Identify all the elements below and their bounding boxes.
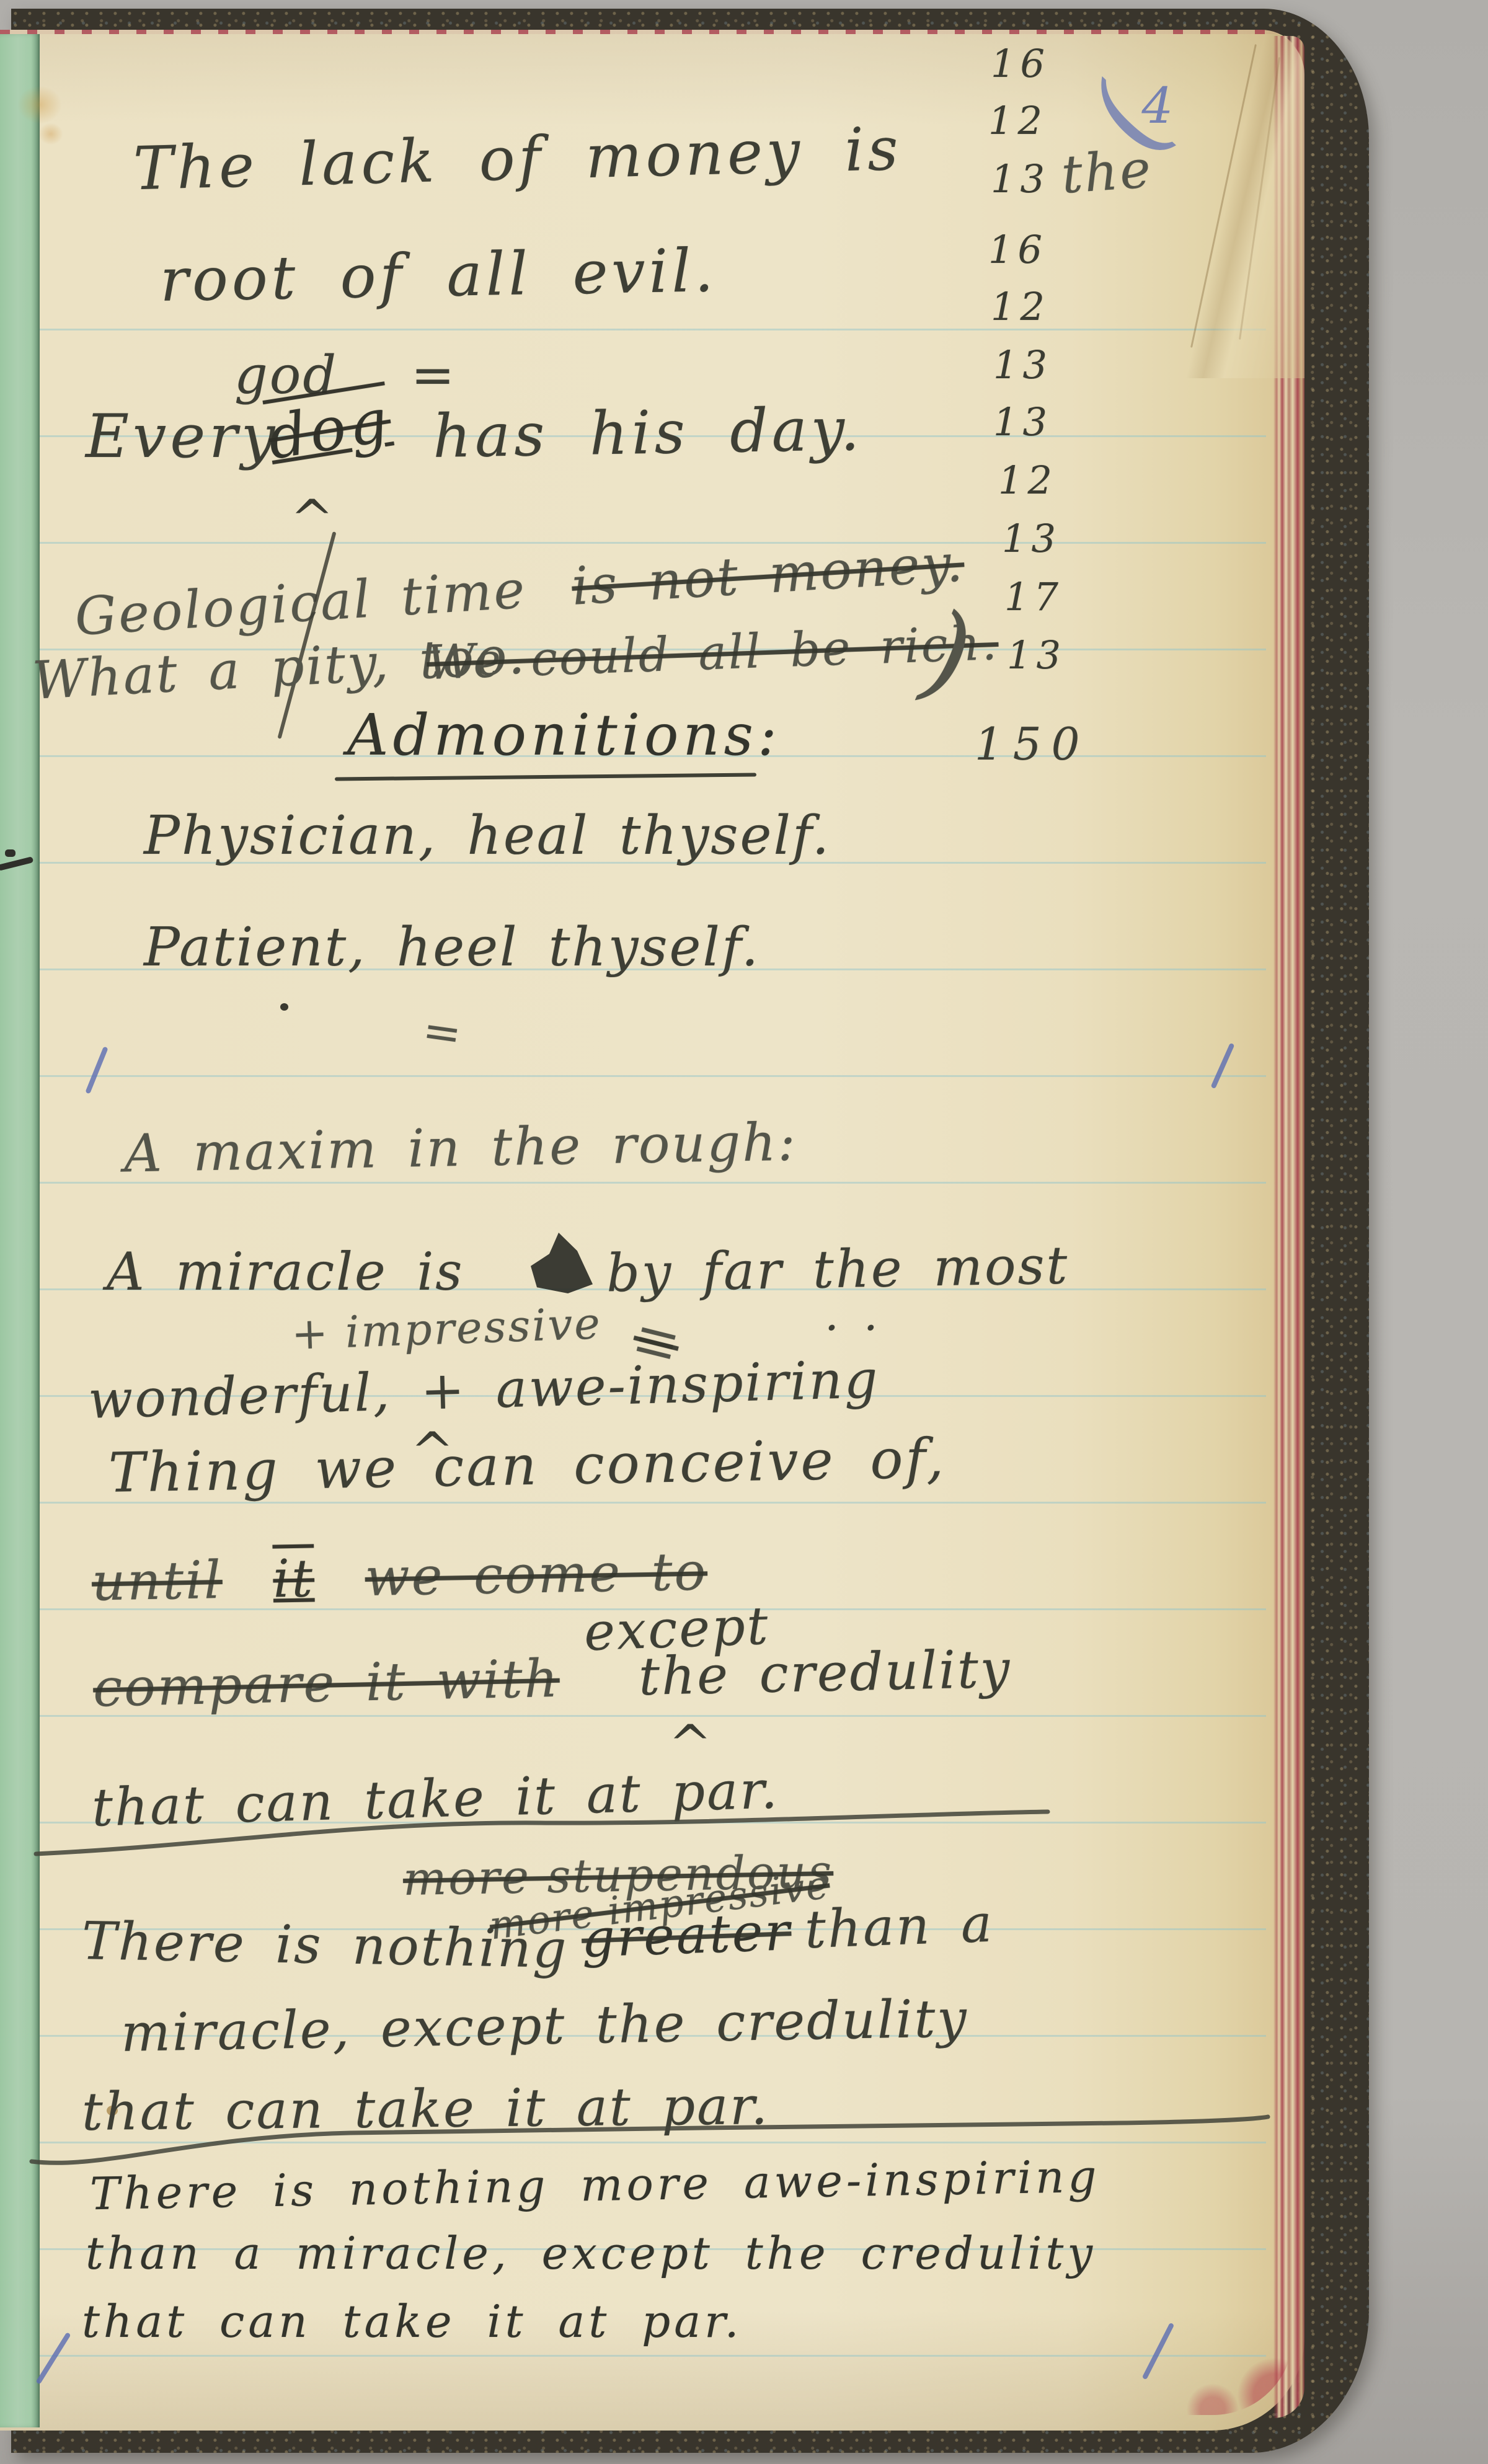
tally-value: 16 <box>988 227 1047 272</box>
handwritten-word: the <box>1060 138 1154 205</box>
tally-total: 150 <box>975 718 1089 770</box>
handwritten-word: than a <box>804 1893 994 1961</box>
handwritten-line: There is nothing <box>81 1910 569 1980</box>
tally-value: 13 <box>991 156 1050 202</box>
inserted-line: + impressive <box>291 1298 603 1359</box>
handwritten-word: Every <box>86 402 278 471</box>
tally-value: 12 <box>988 98 1047 143</box>
section-heading: Admonitions: <box>347 702 781 768</box>
handwritten-line: than a miracle, except the credulity <box>86 2227 1096 2279</box>
tally-value: 16 <box>991 41 1050 86</box>
equals-mark: = <box>419 1003 464 1061</box>
paper-stain <box>17 86 62 124</box>
tally-value: 13 <box>1002 516 1061 561</box>
handwritten-line: A miracle is <box>107 1241 464 1302</box>
tally-value: 12 <box>991 284 1050 329</box>
ink-speck <box>280 1003 288 1011</box>
page-number-digit: 4 <box>1141 77 1173 135</box>
ink-dots: .. <box>825 1288 903 1341</box>
notebook-photo: ( 4 16 12 13 16 12 13 13 12 13 17 13 The… <box>0 0 1488 2464</box>
handwritten-line: A maxim in the rough: <box>123 1112 797 1184</box>
handwritten-line: root of all evil. <box>159 236 717 315</box>
handwritten-line: Physician, heal thyself. <box>144 805 831 867</box>
tally-value: 17 <box>1004 574 1063 619</box>
caret-mark: ^ <box>290 489 334 549</box>
endpaper-green-edge <box>0 34 40 2427</box>
paper-stain <box>38 123 63 145</box>
page-edge-red-stripes <box>1273 36 1304 2418</box>
ink-smudge <box>5 849 15 857</box>
tally-value: 13 <box>993 342 1052 388</box>
folded-corner <box>1173 31 1304 378</box>
handwritten-line: Patient, heel thyself. <box>144 916 760 978</box>
struck-word: greater <box>580 1901 792 1969</box>
handwritten-line: has his day. <box>432 394 864 471</box>
tally-value: 13 <box>1007 632 1066 678</box>
tally-value: 12 <box>998 458 1057 503</box>
handwritten-line: that can take it at par. <box>82 2295 743 2347</box>
tally-value: 13 <box>993 399 1052 445</box>
